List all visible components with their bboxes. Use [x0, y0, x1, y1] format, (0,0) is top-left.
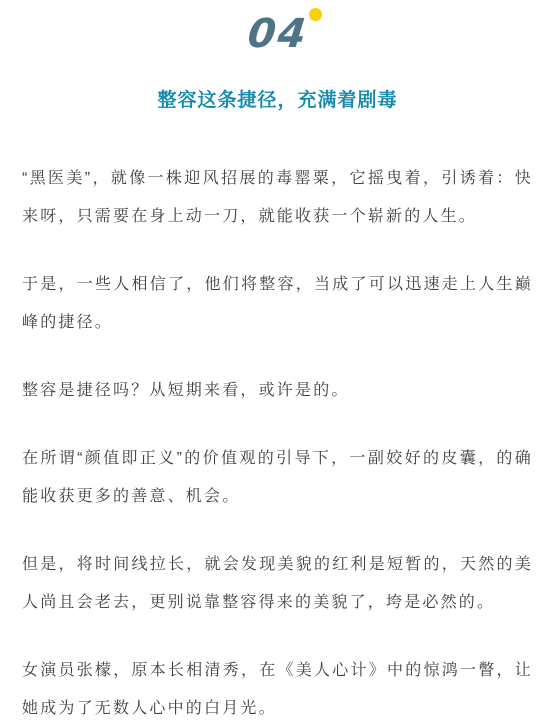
paragraph-1: “黑医美”，就像一株迎风招展的毒罂粟，它摇曳着，引诱着：快来呀，只需要在身上动一…	[22, 160, 533, 236]
paragraph-2: 于是，一些人相信了，他们将整容，当成了可以迅速走上人生巅峰的捷径。	[22, 266, 533, 342]
paragraph-5: 但是，将时间线拉长，就会发现美貌的红利是短暂的，天然的美人尚且会老去，更别说靠整…	[22, 546, 533, 622]
article-body: “黑医美”，就像一株迎风招展的毒罂粟，它摇曳着，引诱着：快来呀，只需要在身上动一…	[0, 160, 555, 724]
paragraph-3: 整容是捷径吗？从短期来看，或许是的。	[22, 372, 533, 410]
yellow-dot-icon	[308, 8, 321, 21]
paragraph-6: 女演员张檬，原本长相清秀，在《美人心计》中的惊鸿一瞥，让她成为了无数人心中的白月…	[22, 652, 533, 724]
article-page: 04 整容这条捷径，充满着剧毒 “黑医美”，就像一株迎风招展的毒罂粟，它摇曳着，…	[0, 0, 555, 724]
paragraph-4: 在所谓“颜值即正义”的价值观的引导下，一副姣好的皮囊，的确能收获更多的善意、机会…	[22, 440, 533, 516]
section-number-wrap: 04	[0, 12, 555, 56]
section-number: 04	[245, 12, 309, 56]
article-title: 整容这条捷径，充满着剧毒	[0, 88, 555, 114]
